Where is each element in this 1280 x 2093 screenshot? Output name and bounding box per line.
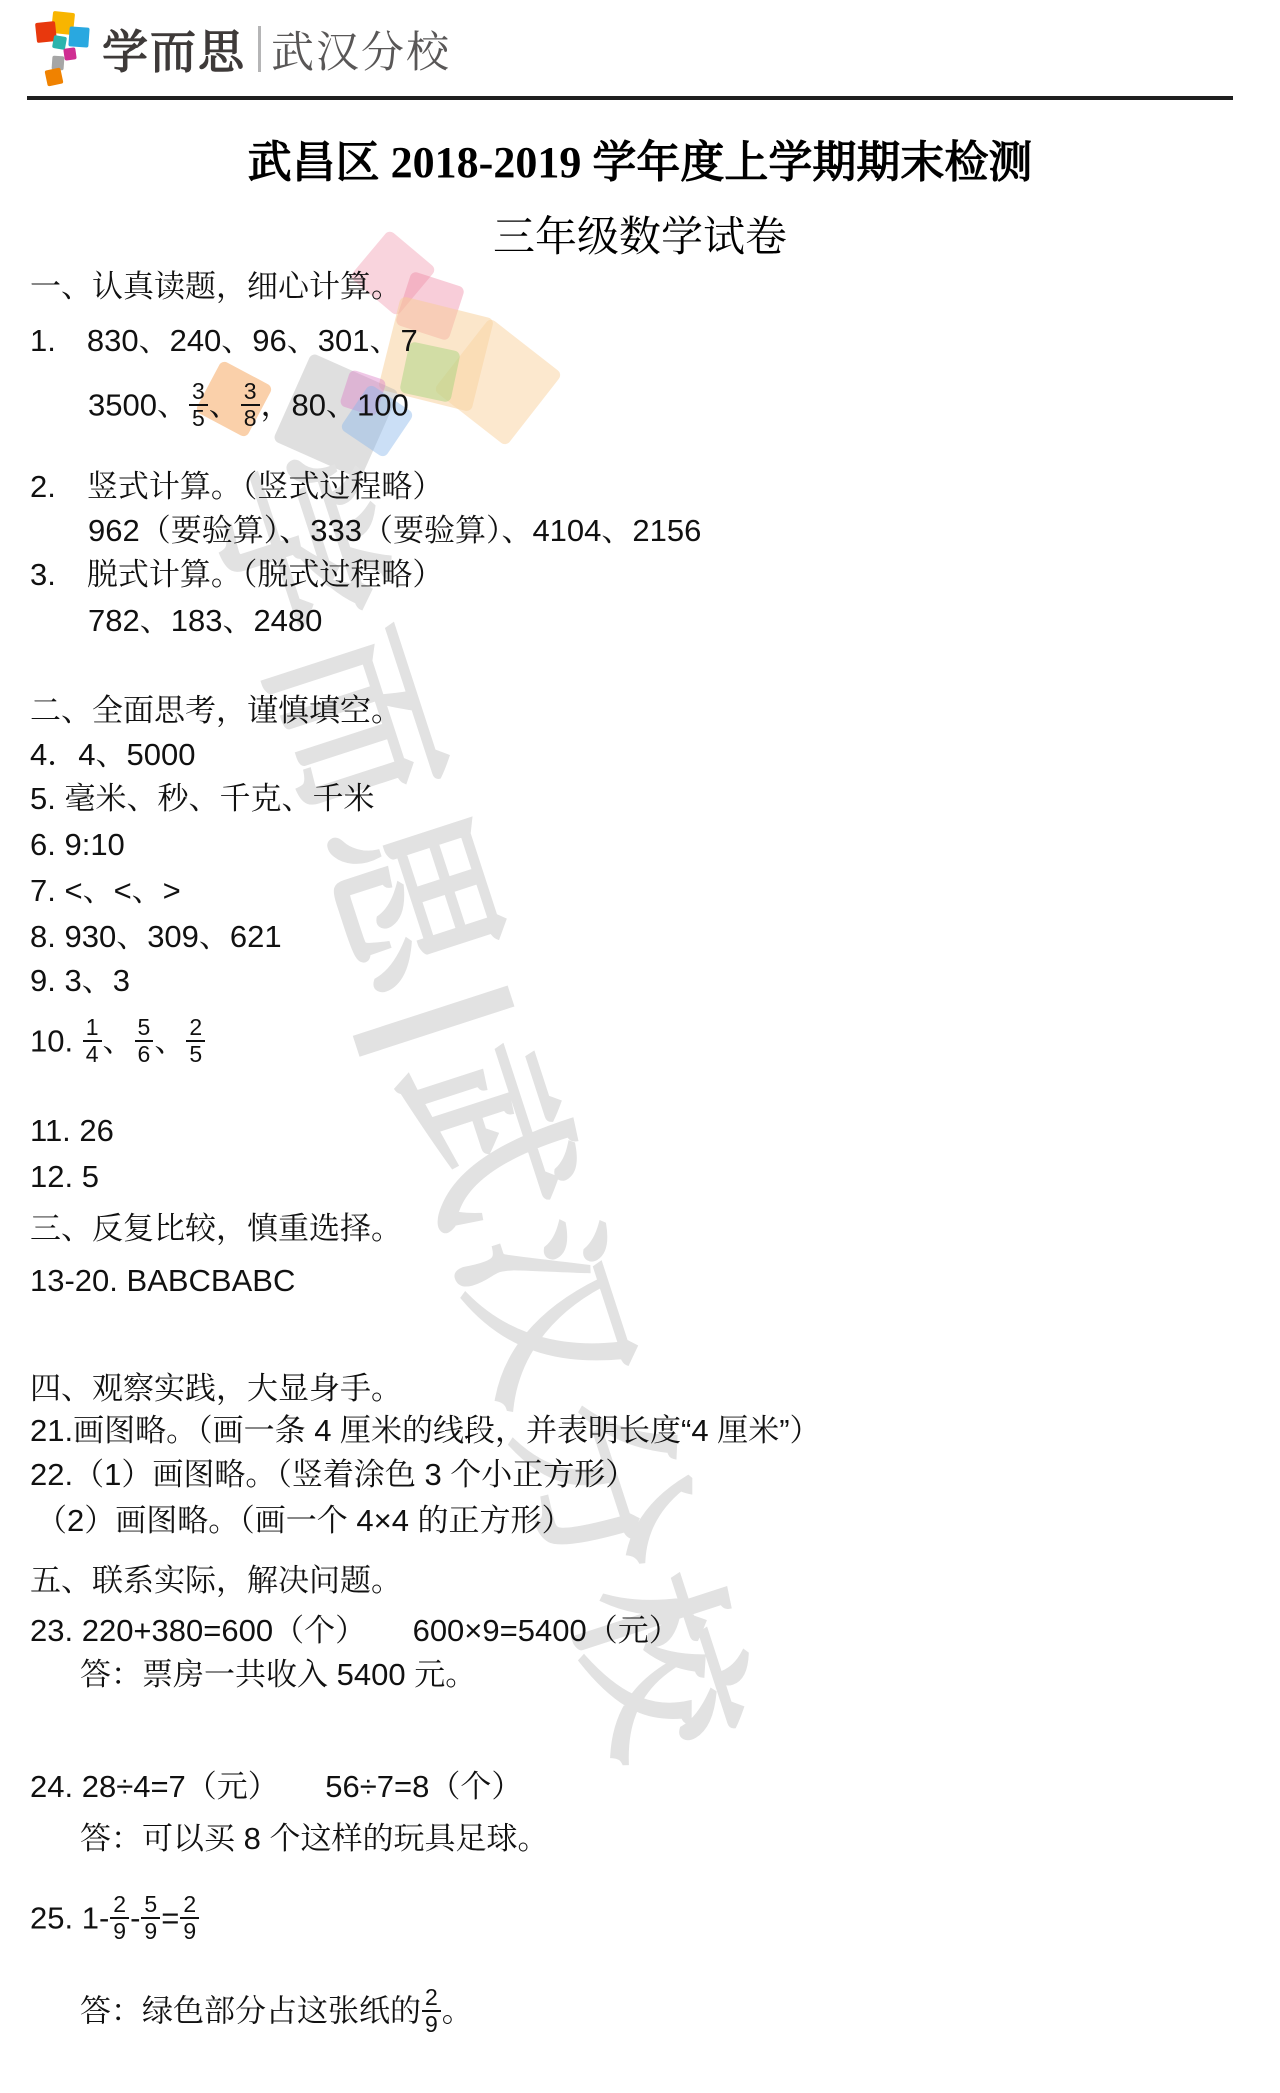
answer-q8: 8. 930、309、621 xyxy=(30,918,282,957)
answer-q25-sentence: 答：绿色部分占这张纸的29。 xyxy=(80,1988,473,2039)
text-segment: 答：绿色部分占这张纸的 xyxy=(80,1994,421,2029)
answer-q1: 1. 830、240、96、301、7 xyxy=(30,322,418,361)
answer-q2: 2. 竖式计算。（竖式过程略） xyxy=(30,468,443,507)
text-segment: = xyxy=(161,1901,179,1936)
logo-square-icon xyxy=(45,68,64,87)
brand-name: 学而思 xyxy=(102,16,246,82)
text-segment: ，80、100 xyxy=(261,388,409,423)
brand-logo: 学而思 武汉分校 xyxy=(36,8,451,90)
fraction: 14 xyxy=(83,1016,102,1067)
answer-q24-sentence: 答：可以买 8 个这样的玩具足球。 xyxy=(80,1820,548,1859)
answer-q6: 6. 9:10 xyxy=(30,826,125,865)
answer-q22-1: 22.（1）画图略。（竖着涂色 3 个小正方形） xyxy=(30,1456,636,1495)
section-4-heading: 四、观察实践，大显身手。 xyxy=(30,1370,402,1409)
fraction: 38 xyxy=(241,380,260,431)
fraction: 29 xyxy=(110,1893,129,1944)
text-segment: 。 xyxy=(442,1994,473,2029)
document-content: 学而思 武汉分校 武昌区 2018-2019 学年度上学期期末检测 三年级数学试… xyxy=(0,0,1280,2093)
section-2-heading: 二、全面思考，谨慎填空。 xyxy=(30,692,402,731)
fraction: 59 xyxy=(141,1893,160,1944)
fraction: 29 xyxy=(180,1893,199,1944)
answer-q23-sentence: 答：票房一共收入 5400 元。 xyxy=(80,1656,476,1695)
answer-q23: 23. 220+380=600（个） 600×9=5400（元） xyxy=(30,1612,680,1651)
fraction: 35 xyxy=(189,380,208,431)
section-5-heading: 五、联系实际，解决问题。 xyxy=(30,1562,402,1601)
text-segment: 、 xyxy=(103,1024,134,1059)
fraction: 29 xyxy=(422,1986,441,2037)
answer-q3-detail: 782、183、2480 xyxy=(88,602,322,641)
answer-q7: 7. <、<、> xyxy=(30,872,181,911)
answer-q5: 5. 毫米、秒、千克、千米 xyxy=(30,780,374,819)
exam-answer-page: 学而思|武汉分校 学而思 武汉分校 武昌区 2018-2019 学年度上学期期末… xyxy=(0,0,1280,2093)
text-segment: - xyxy=(130,1901,140,1936)
text-segment: 、 xyxy=(209,388,240,423)
brand-logo-icon xyxy=(36,12,92,86)
header-rule xyxy=(27,96,1233,100)
answer-q12: 12. 5 xyxy=(30,1158,99,1197)
fraction: 25 xyxy=(186,1016,205,1067)
text-segment: 3500、 xyxy=(88,388,188,423)
section-1-heading: 一、认真读题，细心计算。 xyxy=(30,268,402,307)
answer-q2-detail: 962（要验算）、333（要验算）、4104、2156 xyxy=(88,512,701,551)
answer-q24: 24. 28÷4=7（元） 56÷7=8（个） xyxy=(30,1768,522,1807)
section-3-heading: 三、反复比较，慎重选择。 xyxy=(30,1210,402,1249)
answer-q4: 4．4、5000 xyxy=(30,736,195,775)
text-segment: 25. 1- xyxy=(30,1901,109,1936)
logo-square-icon xyxy=(63,47,77,61)
document-title: 武昌区 2018-2019 学年度上学期期末检测 xyxy=(0,126,1280,190)
answer-q9: 9. 3、3 xyxy=(30,962,130,1001)
answer-q21: 21.画图略。（画一条 4 厘米的线段，并表明长度“4 厘米”） xyxy=(30,1412,821,1451)
answer-q11: 11. 26 xyxy=(30,1112,114,1151)
answer-q1-fractions: 3500、35、38，80、100 xyxy=(88,382,409,433)
brand-divider xyxy=(258,26,261,72)
answer-q25-fractions: 25. 1-29-59=29 xyxy=(30,1895,200,1946)
answer-q22-2: （2）画图略。（画一个 4×4 的正方形） xyxy=(36,1502,573,1541)
answer-q13-20: 13-20. BABCBABC xyxy=(30,1262,295,1301)
answer-q3: 3. 脱式计算。（脱式过程略） xyxy=(30,556,443,595)
logo-square-icon xyxy=(68,26,89,47)
fraction: 56 xyxy=(135,1016,154,1067)
document-subtitle: 三年级数学试卷 xyxy=(0,204,1280,264)
text-segment: 10. xyxy=(30,1024,82,1059)
brand-branch-name: 武汉分校 xyxy=(271,19,451,80)
text-segment: 、 xyxy=(154,1024,185,1059)
answer-q10-fractions: 10. 14、56、25 xyxy=(30,1018,206,1069)
